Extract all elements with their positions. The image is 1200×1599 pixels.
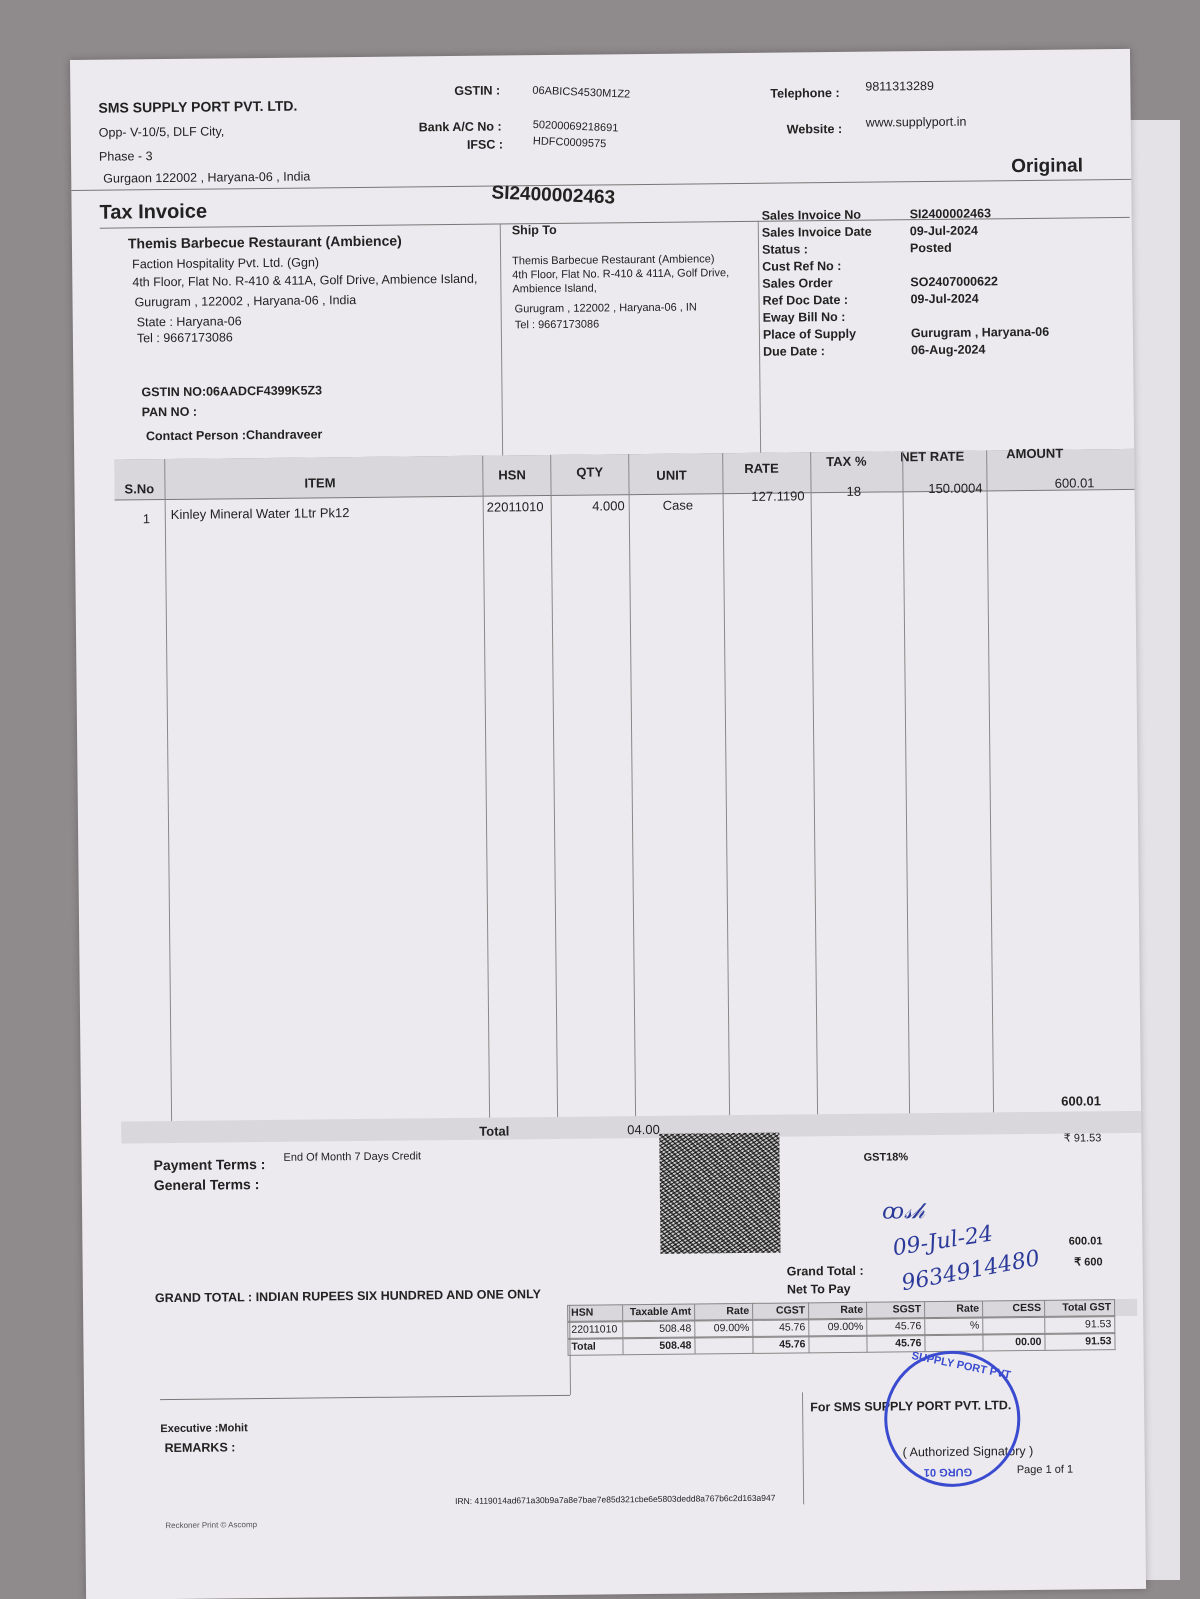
ship-to-line: Gurugram , 122002 , Haryana-06 , IN <box>515 301 697 315</box>
table-row: 1 Kinley Mineral Water 1Ltr Pk12 2201101… <box>70 49 1130 60</box>
bill-to-line: Tel : 9667173086 <box>137 330 233 345</box>
net-to-pay-label: Net To Pay <box>787 1282 851 1297</box>
meta-value: Posted <box>910 241 952 258</box>
meta-row: Place of SupplyGurugram , Haryana-06 <box>763 324 1093 344</box>
col-amount: AMOUNT <box>1006 446 1063 462</box>
meta-label: Sales Invoice No <box>762 207 910 226</box>
seller-address-3: Gurgaon 122002 , Haryana-06 , India <box>103 169 310 185</box>
tax-table-cell: 45.76 <box>753 1336 809 1354</box>
ship-to-line: 4th Floor, Flat No. R-410 & 411A, Golf D… <box>512 267 729 281</box>
tax-table-cell <box>983 1317 1045 1335</box>
meta-label: Eway Bill No : <box>763 309 911 328</box>
contact-person: Contact Person :Chandraveer <box>146 427 323 443</box>
col-hsn: HSN <box>498 467 526 482</box>
meta-value: 09-Jul-2024 <box>910 291 978 309</box>
col-unit: UNIT <box>656 468 686 483</box>
total-qty: 04.00 <box>627 1122 660 1137</box>
meta-row: Due Date :06-Aug-2024 <box>763 341 1093 361</box>
tax-table-cell: HSN <box>567 1304 623 1322</box>
row-tax: 18 <box>846 484 861 499</box>
meta-label: Place of Supply <box>763 326 911 345</box>
meta-value: 06-Aug-2024 <box>911 342 986 360</box>
tax-table-cell: CESS <box>983 1300 1045 1318</box>
col-rate: RATE <box>744 461 779 476</box>
tax-table-cell: Rate <box>809 1302 867 1320</box>
tax-table-cell: 00.00 <box>983 1334 1045 1352</box>
tax-table-cell: SGST <box>867 1301 925 1319</box>
invoice-page: SMS SUPPLY PORT PVT. LTD. Opp- V-10/5, D… <box>70 49 1146 1599</box>
bill-to-line: Faction Hospitality Pvt. Ltd. (Ggn) <box>132 255 319 271</box>
gstin-label: GSTIN : <box>454 83 500 97</box>
meta-value: SO2407000622 <box>910 274 998 292</box>
remarks-label: REMARKS : <box>164 1440 235 1455</box>
telephone-label: Telephone : <box>770 86 839 101</box>
tax-table-cell: 91.53 <box>1045 1316 1115 1334</box>
telephone-value: 9811313289 <box>865 79 934 94</box>
bill-to-line: State : Haryana-06 <box>137 314 242 329</box>
row-amount: 600.01 <box>1014 475 1094 491</box>
bill-to-gstin: GSTIN NO:06AADCF4399K5Z3 <box>141 383 322 399</box>
bank-label: Bank A/C No : <box>419 119 502 134</box>
tax-table-cell: % <box>925 1318 983 1336</box>
ship-to-line: Ambience Island, <box>512 282 597 295</box>
meta-label: Due Date : <box>763 343 911 362</box>
row-rate: 127.1190 <box>735 488 805 504</box>
invoice-number-heading: SI2400002463 <box>491 182 615 209</box>
col-tax: TAX % <box>826 454 866 469</box>
seller-address-2: Phase - 3 <box>99 149 153 164</box>
tax-table-cell: 45.76 <box>867 1318 925 1336</box>
row-unit: Case <box>663 498 694 513</box>
website-link[interactable]: www.supplyport.in <box>866 115 967 130</box>
row-qty: 4.000 <box>575 498 625 514</box>
row-net-rate: 150.0004 <box>906 480 982 496</box>
grand-total-label: Grand Total : <box>787 1264 864 1279</box>
seller-address-1: Opp- V-10/5, DLF City, <box>99 124 225 139</box>
meta-value: SI2400002463 <box>910 206 992 224</box>
tax-table-cell: 508.48 <box>623 1338 695 1356</box>
document-title: Tax Invoice <box>99 201 207 225</box>
row-hsn: 22011010 <box>487 499 544 515</box>
stamp-bottom-text: GURG 01 <box>924 1466 972 1479</box>
tax-table-cell: Rate <box>925 1301 983 1319</box>
website-label: Website : <box>787 122 842 137</box>
bill-to-pan: PAN NO : <box>142 405 197 420</box>
tax-table-cell: Taxable Amt <box>623 1304 695 1322</box>
stamp-top-text: SUPPLY PORT PVT <box>911 1350 1012 1382</box>
seller-gstin: 06ABICS4530M1Z2 <box>532 85 630 101</box>
tax-table-cell: 09.00% <box>695 1320 753 1338</box>
tax-table-cell: 45.76 <box>753 1319 809 1337</box>
seller-name: SMS SUPPLY PORT PVT. LTD. <box>98 98 297 116</box>
ifsc-code: HDFC0009575 <box>533 135 607 150</box>
tax-table-cell: 508.48 <box>623 1321 695 1339</box>
col-sno: S.No <box>124 481 154 496</box>
gst-value: ₹ 91.53 <box>1021 1131 1101 1145</box>
payment-terms-value: End Of Month 7 Days Credit <box>283 1150 421 1163</box>
payment-terms-label: Payment Terms : <box>153 1156 265 1173</box>
meta-label: Status : <box>762 241 910 260</box>
meta-label: Sales Order <box>762 275 910 294</box>
print-note: Reckoner Print © Ascomp <box>165 1520 257 1530</box>
meta-value: 09-Jul-2024 <box>910 224 978 242</box>
general-terms-label: General Terms : <box>154 1176 260 1193</box>
meta-label: Cust Ref No : <box>762 258 910 277</box>
ship-to-label: Ship To <box>512 223 557 237</box>
tax-table-cell <box>925 1335 983 1353</box>
tax-summary-table: HSNTaxable AmtRateCGSTRateSGSTRateCESSTo… <box>567 1299 1138 1356</box>
ship-to-line: Themis Barbecue Restaurant (Ambience) <box>512 253 714 267</box>
ship-to-line: Tel : 9667173086 <box>515 318 600 331</box>
amount-in-words: GRAND TOTAL : INDIAN RUPEES SIX HUNDRED … <box>155 1287 541 1305</box>
irn: IRN: 4119014ad671a30b9a7a8e7bae7e85d321c… <box>455 1493 775 1506</box>
tax-table-cell: Total <box>567 1338 623 1356</box>
qr-code <box>659 1133 780 1254</box>
col-qty: QTY <box>576 464 603 479</box>
company-stamp: SUPPLY PORT PVT GURG 01 <box>884 1350 1021 1487</box>
meta-label: Sales Invoice Date <box>762 224 910 243</box>
bill-to-line: 4th Floor, Flat No. R-410 & 411A, Golf D… <box>132 272 477 290</box>
gst-label: GST18% <box>863 1151 908 1163</box>
page-indicator: Page 1 of 1 <box>1017 1464 1073 1477</box>
bill-to-name: Themis Barbecue Restaurant (Ambience) <box>128 233 402 252</box>
handwritten-signature: ꝏ𝓈𝒽 <box>882 1199 925 1224</box>
col-item: ITEM <box>304 475 335 490</box>
tax-table-cell: 22011010 <box>567 1321 623 1339</box>
meta-label: Ref Doc Date : <box>762 292 910 311</box>
total-amount: 600.01 <box>1021 1093 1101 1109</box>
tax-table-cell: CGST <box>753 1302 809 1320</box>
row-item: Kinley Mineral Water 1Ltr Pk12 <box>171 505 350 522</box>
tax-table-cell <box>809 1336 867 1354</box>
col-net-rate: NET RATE <box>900 449 964 465</box>
bank-account: 50200069218691 <box>533 119 619 135</box>
handwritten-date: 09-Jul-24 <box>891 1222 994 1262</box>
tax-table-cell: 09.00% <box>809 1319 867 1337</box>
copy-label: Original <box>1011 155 1083 178</box>
tax-table-cell: Rate <box>695 1303 753 1321</box>
bill-to-line: Gurugram , 122002 , Haryana-06 , India <box>134 293 356 309</box>
tax-table-cell <box>695 1337 753 1355</box>
executive-name: Executive :Mohit <box>160 1422 248 1435</box>
ifsc-label: IFSC : <box>467 137 503 151</box>
tax-table-cell: 91.53 <box>1045 1333 1115 1351</box>
tax-table-cell: Total GST <box>1045 1299 1115 1317</box>
meta-value: Gurugram , Haryana-06 <box>911 325 1049 343</box>
invoice-meta: Sales Invoice NoSI2400002463Sales Invoic… <box>762 205 1094 361</box>
row-sno: 1 <box>143 511 150 526</box>
total-label: Total <box>479 1123 509 1138</box>
